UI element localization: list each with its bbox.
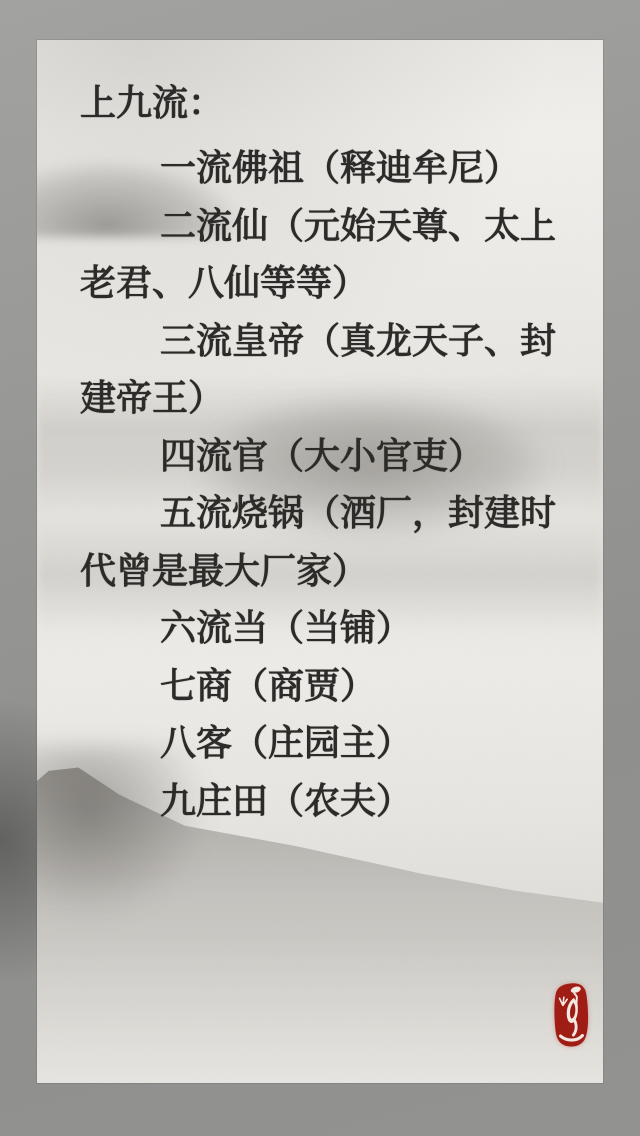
list-item-9: 九庄田（农夫） [80, 772, 581, 830]
item-line: 四流官（大小官吏） [80, 427, 581, 485]
list-item-2: 二流仙（元始天尊、太上 老君、八仙等等） [80, 197, 581, 312]
item-line: 六流当（当铺） [80, 599, 581, 657]
item-line: 老君、八仙等等） [80, 254, 581, 312]
item-line: 建帝王） [80, 369, 581, 427]
rank-list: 一流佛祖（释迪牟尼） 二流仙（元始天尊、太上 老君、八仙等等） 三流皇帝（真龙天… [80, 139, 581, 829]
item-line: 代曾是最大厂家） [80, 542, 581, 600]
item-line: 三流皇帝（真龙天子、封 [80, 312, 581, 370]
item-line: 二流仙（元始天尊、太上 [80, 197, 581, 255]
list-item-7: 七商（商贾） [80, 657, 581, 715]
photo-background: 上九流： 一流佛祖（释迪牟尼） 二流仙（元始天尊、太上 老君、八仙等等） 三流皇… [0, 0, 640, 1136]
list-item-6: 六流当（当铺） [80, 599, 581, 657]
list-item-4: 四流官（大小官吏） [80, 427, 581, 485]
paper-sheet: 上九流： 一流佛祖（释迪牟尼） 二流仙（元始天尊、太上 老君、八仙等等） 三流皇… [37, 40, 603, 1083]
list-item-3: 三流皇帝（真龙天子、封 建帝王） [80, 312, 581, 427]
list-item-5: 五流烧锅（酒厂，封建时 代曾是最大厂家） [80, 484, 581, 599]
list-item-1: 一流佛祖（释迪牟尼） [80, 139, 581, 197]
item-line: 一流佛祖（释迪牟尼） [80, 139, 581, 197]
item-line: 九庄田（农夫） [80, 772, 581, 830]
content-column: 上九流： 一流佛祖（释迪牟尼） 二流仙（元始天尊、太上 老君、八仙等等） 三流皇… [80, 74, 581, 829]
page-title: 上九流： [80, 74, 581, 131]
artist-seal-stamp [550, 978, 592, 1052]
item-line: 五流烧锅（酒厂，封建时 [80, 484, 581, 542]
list-item-8: 八客（庄园主） [80, 714, 581, 772]
red-seal-icon [550, 978, 592, 1052]
item-line: 八客（庄园主） [80, 714, 581, 772]
item-line: 七商（商贾） [80, 657, 581, 715]
